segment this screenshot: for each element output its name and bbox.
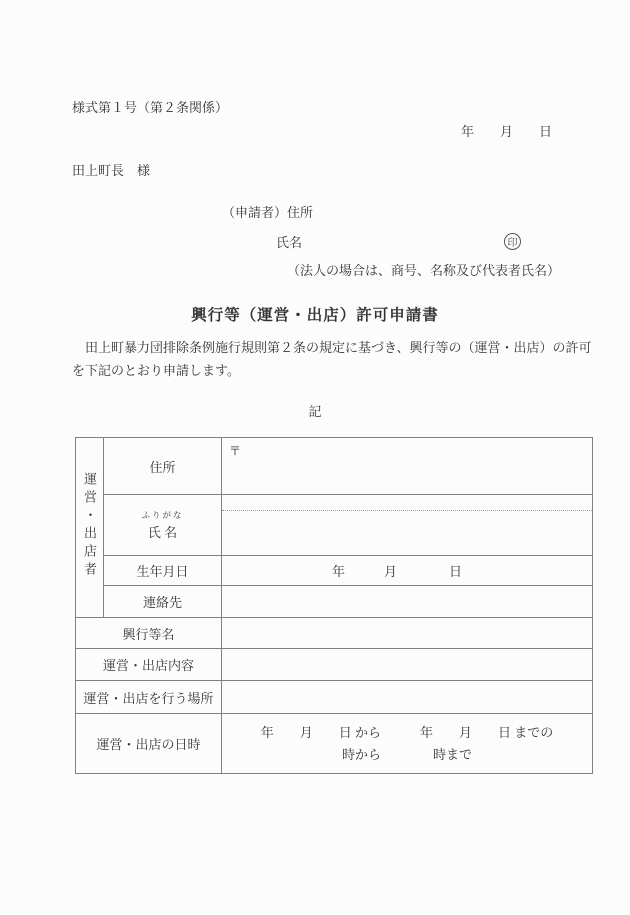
datetime-label: 運営・出店の日時 bbox=[96, 737, 200, 752]
applicant-address-line: （申請者）住所 bbox=[222, 205, 313, 221]
birthdate-value: 年 月 日 bbox=[222, 561, 592, 580]
record-heading: 記 bbox=[0, 401, 630, 420]
birthdate-label: 生年月日 bbox=[136, 564, 188, 579]
contact-label: 連絡先 bbox=[143, 595, 182, 610]
body-line-1: 田上町暴力団排除条例施行規則第２条の規定に基づき、興行等の（運営・出店）の許可 bbox=[72, 340, 591, 356]
table-row: 連絡先 bbox=[76, 586, 593, 618]
detail-label-cell: 運営・出店内容 bbox=[76, 649, 222, 681]
table-row: 運営・出店者 住所 〒 bbox=[76, 438, 593, 495]
event-name-input-cell bbox=[222, 618, 593, 649]
datetime-line-2: 時から 時まで bbox=[222, 744, 592, 766]
postal-mark: 〒 bbox=[222, 438, 241, 459]
addressee: 田上町長 様 bbox=[72, 163, 150, 179]
contact-input-cell bbox=[222, 586, 593, 618]
place-input-cell bbox=[222, 681, 593, 714]
name-label-cell: ふりがな 氏 名 bbox=[104, 495, 222, 556]
event-name-label: 興行等名 bbox=[122, 627, 174, 642]
corporate-note: （法人の場合は、商号、名称及び代表者氏名） bbox=[287, 263, 560, 279]
name-label: 氏 名 bbox=[104, 522, 221, 541]
table-row: 運営・出店の日時 年 月 日 から 年 月 日 までの 時から 時まで bbox=[76, 714, 593, 774]
group-label-cell: 運営・出店者 bbox=[76, 438, 104, 618]
application-table: 運営・出店者 住所 〒 ふりがな 氏 名 bbox=[75, 437, 593, 774]
body-line-2: を下記のとおり申請します。 bbox=[72, 363, 240, 379]
event-name-label-cell: 興行等名 bbox=[76, 618, 222, 649]
contact-label-cell: 連絡先 bbox=[104, 586, 222, 618]
table-row: 運営・出店を行う場所 bbox=[76, 681, 593, 714]
place-label: 運営・出店を行う場所 bbox=[83, 691, 213, 706]
applicant-name-label: 氏名 bbox=[276, 235, 302, 251]
name-input-cell bbox=[222, 495, 593, 556]
birthdate-label-cell: 生年月日 bbox=[104, 556, 222, 586]
seal-char: 印 bbox=[508, 234, 518, 249]
address-label: 住所 bbox=[149, 460, 175, 475]
furigana-separator bbox=[222, 495, 592, 511]
form-title: 興行等（運営・出店）許可申請書 bbox=[0, 303, 630, 325]
birthdate-value-cell: 年 月 日 bbox=[222, 556, 593, 586]
detail-label: 運営・出店内容 bbox=[103, 658, 194, 673]
seal-icon: 印 bbox=[504, 233, 521, 250]
address-input-cell: 〒 bbox=[222, 438, 593, 495]
place-label-cell: 運営・出店を行う場所 bbox=[76, 681, 222, 714]
table-row: 生年月日 年 月 日 bbox=[76, 556, 593, 586]
table-row: 運営・出店内容 bbox=[76, 649, 593, 681]
furigana-label: ふりがな bbox=[104, 509, 221, 522]
group-label: 運営・出店者 bbox=[80, 472, 99, 580]
address-label-cell: 住所 bbox=[104, 438, 222, 495]
datetime-line-1: 年 月 日 から 年 月 日 までの bbox=[222, 722, 592, 744]
form-number: 様式第１号（第２条関係） bbox=[72, 100, 228, 116]
date-line: 年 月 日 bbox=[461, 124, 552, 140]
document-page: 様式第１号（第２条関係） 年 月 日 田上町長 様 （申請者）住所 氏名 印 （… bbox=[0, 0, 630, 915]
table-row: 興行等名 bbox=[76, 618, 593, 649]
table-row: ふりがな 氏 名 bbox=[76, 495, 593, 556]
datetime-value-cell: 年 月 日 から 年 月 日 までの 時から 時まで bbox=[222, 714, 593, 774]
datetime-label-cell: 運営・出店の日時 bbox=[76, 714, 222, 774]
detail-input-cell bbox=[222, 649, 593, 681]
